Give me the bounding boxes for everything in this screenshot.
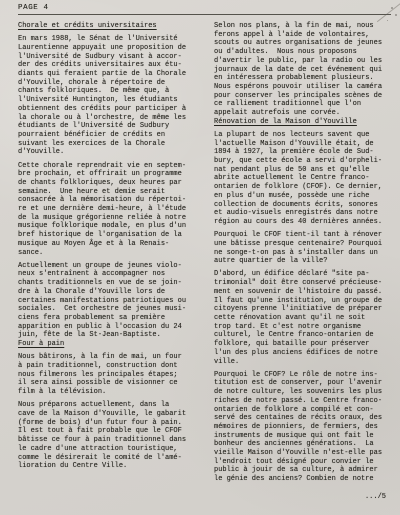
page-number-label: PAGE 4	[18, 4, 49, 12]
paragraph: Selon nos plans, à la fin de mai, nous f…	[214, 22, 390, 118]
paragraph: D'abord, un édifice déclaré "site pa- tr…	[214, 270, 390, 366]
section-renovation: Rénovation de la Maison d'Youville La pl…	[214, 118, 390, 484]
paragraph: La plupart de nos lecteurs savent que l'…	[214, 131, 390, 227]
paragraph: En mars 1988, le Sénat de l'Université L…	[18, 35, 192, 157]
section-intro-continuation: Selon nos plans, à la fin de mai, nous f…	[214, 22, 390, 118]
section-heading-four-a-pain: Four à pain	[18, 340, 192, 349]
left-column: Chorale et crédits universitaires En mar…	[18, 22, 192, 471]
page-number-header: PAGE 4	[18, 4, 391, 15]
paper-speck	[387, 20, 388, 21]
continuation-page-marker: .../5	[214, 493, 390, 502]
paragraph: Pourquoi le CFOF? Le rôle de notre ins- …	[214, 371, 390, 484]
section-chorale: Chorale et crédits universitaires En mar…	[18, 22, 192, 340]
paper-speck	[391, 7, 393, 9]
section-four-a-pain: Four à pain Nous bâtirons, à la fin de m…	[18, 340, 192, 471]
scanned-newsletter-page: { "page_header": { "label": "PAGE 4" }, …	[0, 0, 400, 515]
paragraph: Nous préparons actuellement, dans la cav…	[18, 401, 192, 471]
paragraph: Nous bâtirons, à la fin de mai, un four …	[18, 353, 192, 397]
paragraph: Cette chorale reprendrait vie en septem-…	[18, 162, 192, 258]
paper-speck	[395, 14, 397, 16]
section-heading-chorale: Chorale et crédits universitaires	[18, 22, 192, 31]
right-column: Selon nos plans, à la fin de mai, nous f…	[214, 22, 390, 502]
paragraph: Pourquoi le CFOF tient-il tant à rénover…	[214, 231, 390, 266]
paragraph: Actuellement un groupe de jeunes violo- …	[18, 262, 192, 340]
section-heading-renovation: Rénovation de la Maison d'Youville	[214, 118, 390, 127]
